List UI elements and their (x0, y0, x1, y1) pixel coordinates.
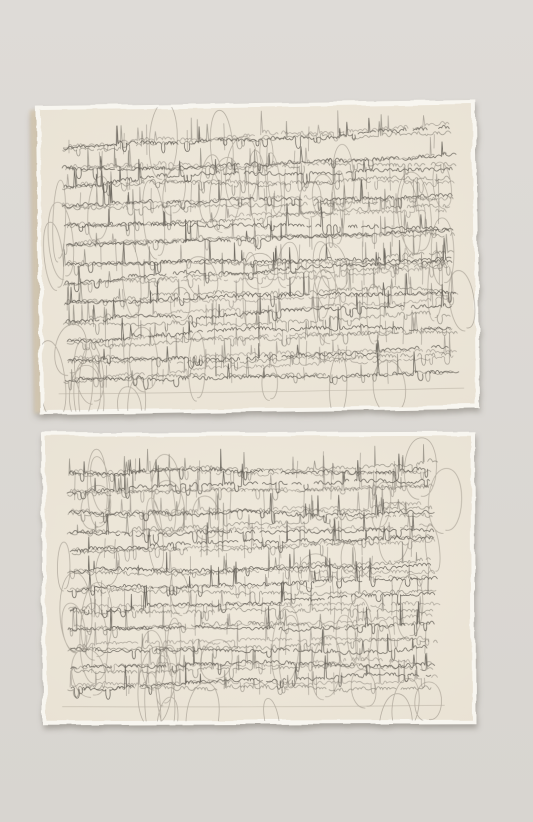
handwritten-sheet-top (34, 98, 482, 417)
artwork-photo (0, 0, 533, 822)
handwritten-sheet-bottom (39, 429, 477, 727)
